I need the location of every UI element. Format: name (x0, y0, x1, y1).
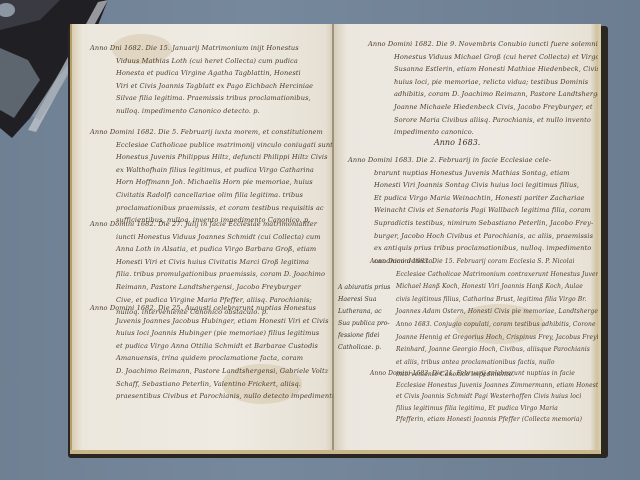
entry-line: Joannes Adam Ostern, Honesti Civis pie m… (396, 306, 601, 319)
entry-line: Et pudica Virgo Maria Weinachtin, Honest… (374, 192, 593, 205)
entry-line: Sorore Maria Civibus aliisq. Parochianis… (394, 114, 601, 127)
entry-line: Juvenis Joannes Jacobus Hubinger, etiam … (116, 315, 336, 328)
entry-line: nulloq. impedimento Canonico detecto. p. (116, 105, 313, 118)
entry-line: Honesti Viri Joannis Sontag Civis huius … (374, 179, 593, 192)
entry-line: Silvae filia legitima. Praemissis tribus… (116, 92, 313, 105)
entry-line: et Civis Joannis Schmidt Pagi Westerhoff… (396, 391, 601, 403)
margin-note-line: Haeresi Sua (338, 294, 390, 306)
year-heading: Anno 1683. (434, 138, 480, 147)
left-page: Anno Dni 1682. Die 15. Januarij Matrimon… (70, 24, 336, 452)
entry-line: Anno Domini 1682. Die 9. Novembris Conub… (368, 38, 601, 51)
entry-line: Anna Loth in Alsatia, et pudica Virgo Ba… (116, 243, 325, 256)
entry-line: Ecclesiae Honestus Juvenis Joannes Zimme… (396, 380, 601, 392)
entry-line: Michael Hanß Koch, Honesti Viri Joannis … (396, 281, 601, 294)
entry-line: Honestus Juvenis Philippus Hiltz, defunc… (116, 151, 333, 164)
entry-line: Reimann, Pastore Landtshergensi, Jacobo … (116, 281, 325, 294)
entry-line: Anno Dni 1682. Die 15. Januarij Matrimon… (90, 42, 313, 55)
entry-line: Joanne Hennig et Gregorius Hoch, Crispin… (396, 332, 601, 345)
entry-line: Honestus Viduus Michael Groß (cui heret … (394, 51, 601, 64)
margin-note-line: Catholicae. p. (338, 342, 390, 354)
entry-line: Susanna Estlerin, etiam Honesti Mathiae … (394, 63, 601, 76)
entry-line: impedimento canonico. (394, 126, 601, 139)
entry-line: ex Walthofhain filius legitimus, et pudi… (116, 164, 333, 177)
entry-line: filia. tribus promulgationibus praemissi… (116, 268, 325, 281)
entry-line: Anno Domini 1682. Die 5. Februarij iuxta… (90, 126, 333, 139)
register-entry: Anno Domini 1683. Die 2. Februarij in fa… (374, 154, 593, 267)
entry-line: Viduus Mathias Loth (cui heret Collecta)… (116, 55, 313, 68)
entry-line: filius legitimus filia legitima, Et pudi… (396, 403, 601, 415)
entry-line: Viri et Civis Joannis Tagblatt ex Pago E… (116, 80, 313, 93)
entry-line: civis legitimus filius, Catharina Brust,… (396, 294, 601, 307)
entry-line: Pfefferin, etiam Honesti Joannis Pfeffer… (396, 414, 601, 426)
entry-line: huius loci, pie memoriae, relicta vidua;… (394, 76, 601, 89)
register-entry: Anno Domini 1682. Die 25. Augusti celebr… (116, 302, 336, 403)
margin-note-line: Lutherana, ac (338, 306, 390, 318)
entry-line: iuncti Honestus Viduus Joannes Schmidt (… (116, 231, 325, 244)
margin-note-line: fessione fidei (338, 330, 390, 342)
entry-line: Reinhard, Joanne Georgio Hoch, Civibus, … (396, 344, 601, 357)
entry-line: Anno Domini 1683. Die 2. Februarij in fa… (348, 154, 593, 167)
entry-line: D. Joachimo Reimann, Pastore Landtsherge… (116, 365, 336, 378)
entry-line: Anno Domini 1683. Die 21. Februarij cele… (370, 368, 601, 380)
margin-note: A abiuratis prius Haeresi Sua Lutherana,… (338, 282, 390, 354)
margin-note-line: Sua publica pro- (338, 318, 390, 330)
entry-line: Supradictis testibus, nimirum Sebastiano… (374, 217, 593, 230)
entry-line: ex antiquis prius tribus proclamationibu… (374, 242, 593, 255)
entry-line: Ecclesiae Catholicae publice matrimonij … (116, 139, 333, 152)
register-entry: Anno Domini 1682. Die 5. Februarij iuxta… (116, 126, 333, 227)
entry-line: adhibitis, coram D. Joachimo Reimann, Pa… (394, 88, 601, 101)
entry-line: Weinacht Civis et Senatoris Pagi Wallbac… (374, 204, 593, 217)
margin-note-line: A abiuratis prius (338, 282, 390, 294)
entry-line: Schaff, Sebastiano Peterlin, Valentino F… (116, 378, 336, 391)
entry-line: huius loci Joannis Hubinger (pie memoria… (116, 327, 336, 340)
entry-line: Ecclesiae Catholicae Matrimonium contrax… (396, 269, 601, 282)
entry-line: burger, Jacobo Hoch Civibus et Parochian… (374, 230, 593, 243)
entry-line: praesentibus Civibus et Parochianis, nul… (116, 390, 336, 403)
entry-line: Anno Domini 1683. Die 15. Februarij cora… (370, 256, 601, 269)
register-entry: Anno Domini 1683. Die 15. Februarij cora… (396, 256, 601, 382)
register-entry: Anno Dni 1682. Die 15. Januarij Matrimon… (116, 42, 313, 118)
page-edge (70, 450, 600, 454)
entry-line: Anno Domini 1682. Die 25. Augusti celebr… (90, 302, 336, 315)
entry-line: brarunt nuptias Honestus Juvenis Mathias… (374, 167, 593, 180)
entry-line: Honesti Viri et Civis huius Civitatis Ma… (116, 256, 325, 269)
entry-line: et pudica Virgo Anna Ottilia Schmidt et … (116, 340, 336, 353)
entry-line: Joanne Michaele Hiedenbeck Civis, Jacobo… (394, 101, 601, 114)
register-entry: Anno Domini 1683. Die 21. Februarij cele… (396, 368, 601, 426)
entry-line: Anno Domini 1682. Die 27. Julij in facie… (90, 218, 325, 231)
entry-line: Horn Hoffmann Joh. Michaelis Horn pie me… (116, 176, 333, 189)
entry-line: Honesta et pudica Virgine Agatha Tagblat… (116, 67, 313, 80)
right-page: Anno Domini 1682. Die 9. Novembris Conub… (334, 24, 601, 454)
entry-line: Anno 1683. Conjugio copulati, coram test… (396, 319, 601, 332)
entry-line: Civitatis Radolfi cancellariae olim fili… (116, 189, 333, 202)
register-entry: Anno Domini 1682. Die 9. Novembris Conub… (394, 38, 601, 139)
entry-line: Amanuensis, trina quidem proclamatione f… (116, 352, 336, 365)
entry-line: proclamationibus praemissis, et coram te… (116, 202, 333, 215)
